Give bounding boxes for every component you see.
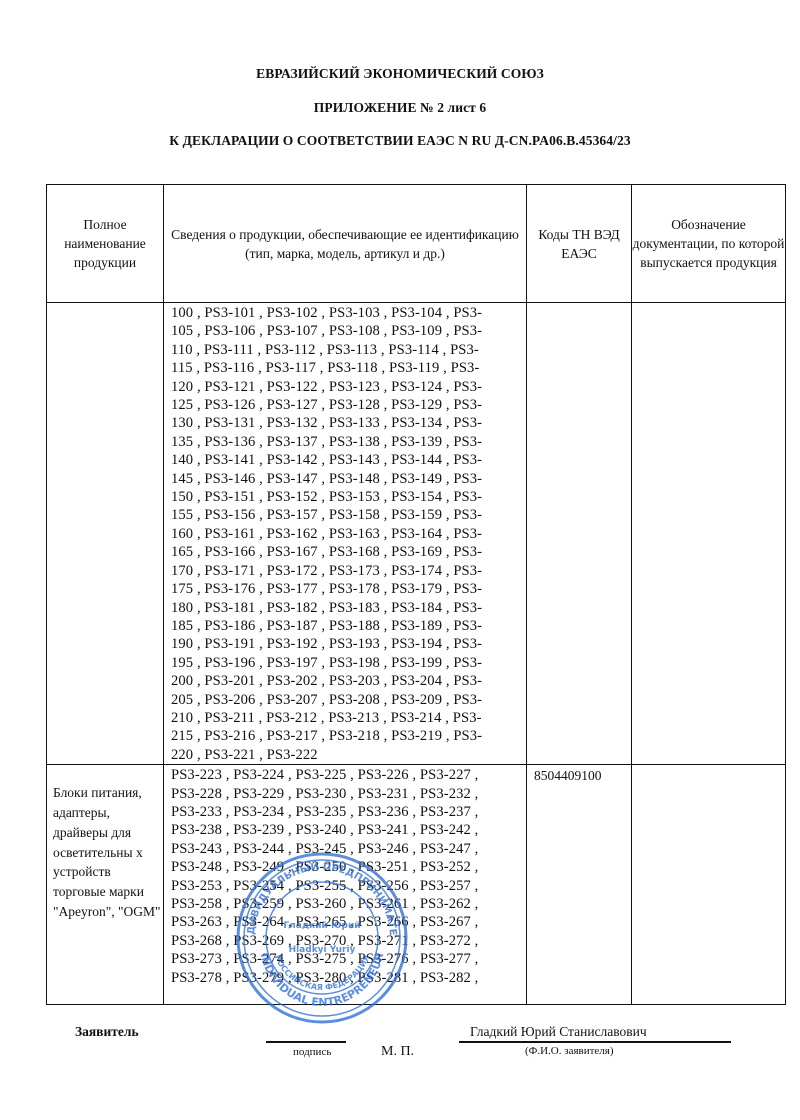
- column-header-product-info: Сведения о продукции, обеспечивающие ее …: [164, 185, 527, 303]
- column-header-full-name: Полное наименование продукции: [47, 185, 164, 303]
- column-header-tn-code: Коды ТН ВЭД ЕАЭС: [527, 185, 632, 303]
- table-header-row: Полное наименование продукции Сведения о…: [47, 185, 786, 303]
- signature-caption: подпись: [293, 1046, 331, 1058]
- documentation-cell: [632, 765, 786, 1005]
- union-title: ЕВРАЗИЙСКИЙ ЭКОНОМИЧЕСКИЙ СОЮЗ: [0, 66, 800, 82]
- product-name-cell: [47, 303, 164, 765]
- tn-code-cell: [527, 303, 632, 765]
- table-row: 100 , PS3-101 , PS3-102 , PS3-103 , PS3-…: [47, 303, 786, 765]
- applicant-label: Заявитель: [75, 1024, 139, 1040]
- tn-code-cell: 8504409100: [527, 765, 632, 1005]
- seal-mark: М. П.: [381, 1044, 414, 1060]
- name-caption: (Ф.И.О. заявителя): [525, 1045, 614, 1057]
- product-info-cell: 100 , PS3-101 , PS3-102 , PS3-103 , PS3-…: [164, 303, 527, 765]
- product-name-cell: Блоки питания, адаптеры, драйверы для ос…: [47, 765, 164, 1005]
- column-header-documentation: Обозначение документации, по которой вып…: [632, 185, 786, 303]
- applicant-name: Гладкий Юрий Станиславович: [470, 1024, 647, 1040]
- declaration-title: К ДЕКЛАРАЦИИ О СООТВЕТСТВИИ ЕАЭС N RU Д-…: [0, 133, 800, 149]
- appendix-title: ПРИЛОЖЕНИЕ № 2 лист 6: [0, 100, 800, 116]
- product-info-cell: PS3-223 , PS3-224 , PS3-225 , PS3-226 , …: [164, 765, 527, 1005]
- documentation-cell: [632, 303, 786, 765]
- signature-line: [266, 1041, 346, 1043]
- products-table: Полное наименование продукции Сведения о…: [46, 184, 786, 1005]
- table-row: Блоки питания, адаптеры, драйверы для ос…: [47, 765, 786, 1005]
- name-line: [459, 1041, 731, 1043]
